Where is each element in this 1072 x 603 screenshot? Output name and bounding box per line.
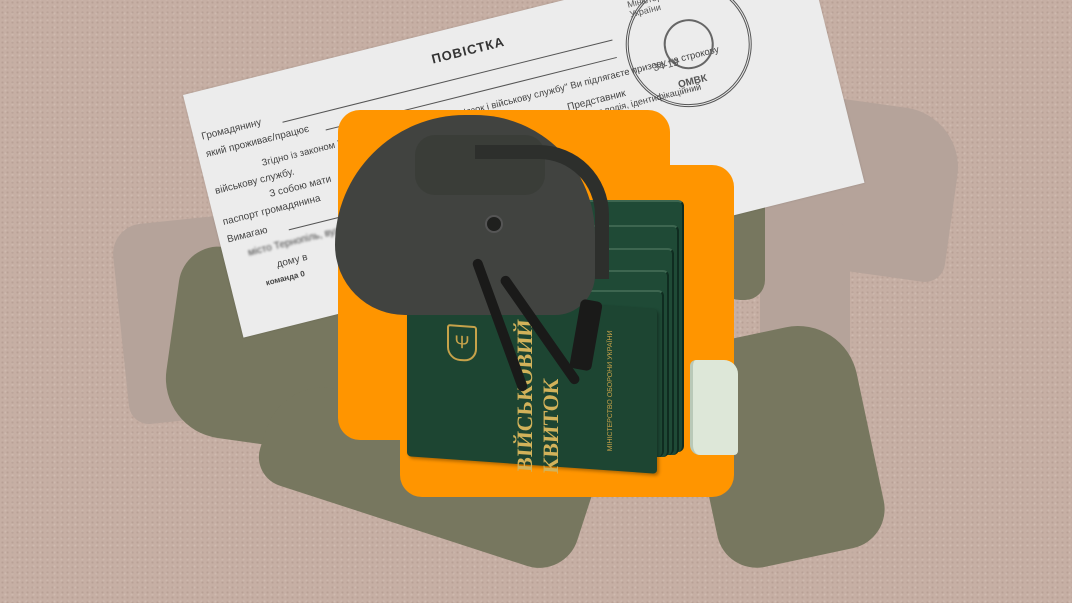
- combat-helmet: [335, 115, 615, 345]
- stamp-ring-text: Міністерство оборони України: [626, 0, 738, 19]
- summons-line: команда 0: [265, 269, 306, 287]
- military-id-issuer: МІНІСТЕРСТВО ОБОРОНИ УКРАЇНИ: [607, 330, 614, 451]
- stamp-center-text: ОМВК: [677, 73, 708, 91]
- banknotes: [690, 360, 738, 455]
- summons-title: ПОВІСТКА: [430, 34, 506, 67]
- summons-line: Вимагаю: [226, 225, 269, 246]
- summons-line: дому в: [276, 252, 309, 270]
- stamp-number: 34-19: [652, 57, 679, 74]
